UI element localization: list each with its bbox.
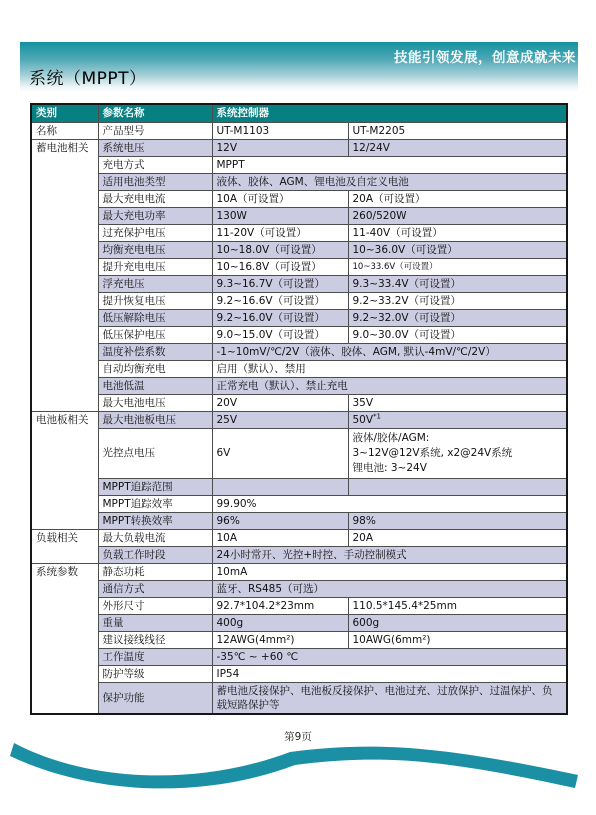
param-cell: 适用电池类型 — [98, 173, 212, 190]
param-cell: 低压解除电压 — [98, 309, 212, 326]
value-cell: 9.3~33.4V（可设置） — [348, 275, 567, 292]
value-cell: -1~10mV/℃/2V（液体、胶体、AGM, 默认-4mV/℃/2V） — [212, 343, 567, 360]
table-header-row: 类别 参数名称 系统控制器 — [31, 104, 567, 122]
col-header-system-controller: 系统控制器 — [212, 104, 567, 122]
footnote-marker: *1 — [373, 412, 381, 420]
value-cell: 20V — [212, 394, 348, 411]
spec-table: 类别 参数名称 系统控制器 名称产品型号UT-M1103UT-M2205蓄电池相… — [30, 103, 568, 715]
param-cell: 最大电池电压 — [98, 394, 212, 411]
table-row: 建议接线线径12AWG(4mm²)10AWG(6mm²) — [31, 631, 567, 648]
value-cell: MPPT — [212, 156, 567, 173]
value-cell: 9.3~16.7V（可设置） — [212, 275, 348, 292]
value-cell: 液体、胶体、AGM、锂电池及自定义电池 — [212, 173, 567, 190]
value-cell: UT-M2205 — [348, 122, 567, 139]
table-row: 适用电池类型液体、胶体、AGM、锂电池及自定义电池 — [31, 173, 567, 190]
table-row: 光控点电压6V液体/胶体/AGM: 3~12V@12V系统, x2@24V系统 … — [31, 428, 567, 478]
param-cell: 充电方式 — [98, 156, 212, 173]
value-cell: 9.0~15.0V（可设置） — [212, 326, 348, 343]
category-cell: 蓄电池相关 — [31, 139, 98, 411]
value-cell: 10A — [212, 529, 348, 546]
param-cell: 建议接线线径 — [98, 631, 212, 648]
value-cell: 液体/胶体/AGM: 3~12V@12V系统, x2@24V系统 锂电池: 3~… — [348, 428, 567, 478]
value-cell: 24小时常开、光控+时控、手动控制模式 — [212, 546, 567, 563]
value-cell: IP54 — [212, 665, 567, 682]
param-cell: 最大充电电流 — [98, 190, 212, 207]
table-row: 过充保护电压11-20V（可设置）11-40V（可设置） — [31, 224, 567, 241]
value-cell: 10AWG(6mm²) — [348, 631, 567, 648]
table-row: MPPT追踪效率99.90% — [31, 495, 567, 512]
value-cell: 10A（可设置） — [212, 190, 348, 207]
table-row: 电池低温正常充电（默认）、禁止充电 — [31, 377, 567, 394]
param-cell: 负载工作时段 — [98, 546, 212, 563]
table-row: 重量400g600g — [31, 614, 567, 631]
param-cell: 通信方式 — [98, 580, 212, 597]
value-cell: 10~36.0V（可设置） — [348, 241, 567, 258]
value-cell — [348, 478, 567, 495]
header-band: 技能引领发展，创意成就未来 系统（MPPT） — [20, 42, 578, 92]
value-cell: 12AWG(4mm²) — [212, 631, 348, 648]
value-cell: 20A — [348, 529, 567, 546]
table-row: 自动均衡充电启用（默认）、禁用 — [31, 360, 567, 377]
table-row: 外形尺寸92.7*104.2*23mm110.5*145.4*25mm — [31, 597, 567, 614]
table-row: 最大充电电流10A（可设置）20A（可设置） — [31, 190, 567, 207]
param-cell: 外形尺寸 — [98, 597, 212, 614]
param-cell: MPPT转换效率 — [98, 512, 212, 529]
param-cell: 最大电池板电压 — [98, 411, 212, 428]
table-row: MPPT追踪范围 — [31, 478, 567, 495]
table-row: 保护功能蓄电池反接保护、电池板反接保护、电池过充、过放保护、过温保护、负载短路保… — [31, 682, 567, 714]
table-row: 蓄电池相关系统电压12V12/24V — [31, 139, 567, 156]
category-cell: 名称 — [31, 122, 98, 139]
table-row: 低压解除电压9.2~16.0V（可设置）9.2~32.0V（可设置） — [31, 309, 567, 326]
table-row: 均衡充电电压10~18.0V（可设置）10~36.0V（可设置） — [31, 241, 567, 258]
table-row: 工作温度-35℃ ~ +60 ℃ — [31, 648, 567, 665]
col-header-category: 类别 — [31, 104, 98, 122]
param-cell: 均衡充电电压 — [98, 241, 212, 258]
table-row: 负载相关最大负载电流10A20A — [31, 529, 567, 546]
table-row: 提升充电电压10~16.8V（可设置）10~33.6V（可设置） — [31, 258, 567, 275]
value-cell: 10~33.6V（可设置） — [348, 258, 567, 275]
value-cell: 10~18.0V（可设置） — [212, 241, 348, 258]
table-row: 负载工作时段24小时常开、光控+时控、手动控制模式 — [31, 546, 567, 563]
value-cell: 9.2~33.2V（可设置） — [348, 292, 567, 309]
param-cell: 最大负载电流 — [98, 529, 212, 546]
value-cell: 600g — [348, 614, 567, 631]
value-cell: 130W — [212, 207, 348, 224]
param-cell: 自动均衡充电 — [98, 360, 212, 377]
param-cell: 产品型号 — [98, 122, 212, 139]
param-cell: 电池低温 — [98, 377, 212, 394]
page-title: 系统（MPPT） — [29, 64, 147, 89]
table-row: 通信方式蓝牙、RS485（可选） — [31, 580, 567, 597]
value-cell: 96% — [212, 512, 348, 529]
table-row: 名称产品型号UT-M1103UT-M2205 — [31, 122, 567, 139]
param-cell: 静态功耗 — [98, 563, 212, 580]
param-cell: 低压保护电压 — [98, 326, 212, 343]
table-row: 低压保护电压9.0~15.0V（可设置）9.0~30.0V（可设置） — [31, 326, 567, 343]
table-row: 系统参数静态功耗10mA — [31, 563, 567, 580]
table-row: MPPT转换效率96%98% — [31, 512, 567, 529]
value-cell: 12/24V — [348, 139, 567, 156]
value-cell: 92.7*104.2*23mm — [212, 597, 348, 614]
param-cell: MPPT追踪效率 — [98, 495, 212, 512]
param-cell: 防护等级 — [98, 665, 212, 682]
param-cell: 保护功能 — [98, 682, 212, 714]
param-cell: 重量 — [98, 614, 212, 631]
category-cell: 负载相关 — [31, 529, 98, 563]
table-row: 最大充电功率130W260/520W — [31, 207, 567, 224]
value-cell: 12V — [212, 139, 348, 156]
value-cell: 蓝牙、RS485（可选） — [212, 580, 567, 597]
table-row: 防护等级IP54 — [31, 665, 567, 682]
value-cell: 9.2~16.6V（可设置） — [212, 292, 348, 309]
header-slogan: 技能引领发展，创意成就未来 — [394, 46, 576, 66]
param-cell: 过充保护电压 — [98, 224, 212, 241]
param-cell: 光控点电压 — [98, 428, 212, 478]
table-row: 提升恢复电压9.2~16.6V（可设置）9.2~33.2V（可设置） — [31, 292, 567, 309]
param-cell: 提升充电电压 — [98, 258, 212, 275]
param-cell: 系统电压 — [98, 139, 212, 156]
value-cell: 50V*1 — [348, 411, 567, 428]
value-cell: 35V — [348, 394, 567, 411]
footer-wave-decoration — [0, 738, 596, 813]
value-cell: 正常充电（默认）、禁止充电 — [212, 377, 567, 394]
param-cell: MPPT追踪范围 — [98, 478, 212, 495]
document-page: { "header": { "slogan": "技能引领发展，创意成就未来",… — [0, 0, 596, 815]
table-row: 充电方式MPPT — [31, 156, 567, 173]
value-cell: -35℃ ~ +60 ℃ — [212, 648, 567, 665]
value-cell: UT-M1103 — [212, 122, 348, 139]
param-cell: 浮充电压 — [98, 275, 212, 292]
param-cell: 温度补偿系数 — [98, 343, 212, 360]
table-row: 浮充电压9.3~16.7V（可设置）9.3~33.4V（可设置） — [31, 275, 567, 292]
table-row: 温度补偿系数-1~10mV/℃/2V（液体、胶体、AGM, 默认-4mV/℃/2… — [31, 343, 567, 360]
table-row: 电池板相关最大电池板电压25V50V*1 — [31, 411, 567, 428]
value-cell — [212, 478, 348, 495]
value-cell: 蓄电池反接保护、电池板反接保护、电池过充、过放保护、过温保护、负载短路保护等 — [212, 682, 567, 714]
category-cell: 电池板相关 — [31, 411, 98, 529]
value-cell: 11-40V（可设置） — [348, 224, 567, 241]
category-cell: 系统参数 — [31, 563, 98, 714]
table-row: 最大电池电压20V35V — [31, 394, 567, 411]
value-cell: 启用（默认）、禁用 — [212, 360, 567, 377]
param-cell: 工作温度 — [98, 648, 212, 665]
value-cell: 400g — [212, 614, 348, 631]
value-cell: 6V — [212, 428, 348, 478]
param-cell: 最大充电功率 — [98, 207, 212, 224]
value-cell: 11-20V（可设置） — [212, 224, 348, 241]
col-header-param-name: 参数名称 — [98, 104, 212, 122]
value-cell: 98% — [348, 512, 567, 529]
value-cell: 260/520W — [348, 207, 567, 224]
value-cell: 9.2~32.0V（可设置） — [348, 309, 567, 326]
value-cell: 20A（可设置） — [348, 190, 567, 207]
value-cell: 99.90% — [212, 495, 567, 512]
value-cell: 9.2~16.0V（可设置） — [212, 309, 348, 326]
param-cell: 提升恢复电压 — [98, 292, 212, 309]
value-cell: 10~16.8V（可设置） — [212, 258, 348, 275]
value-cell: 25V — [212, 411, 348, 428]
value-cell: 9.0~30.0V（可设置） — [348, 326, 567, 343]
value-cell: 110.5*145.4*25mm — [348, 597, 567, 614]
value-cell: 10mA — [212, 563, 567, 580]
